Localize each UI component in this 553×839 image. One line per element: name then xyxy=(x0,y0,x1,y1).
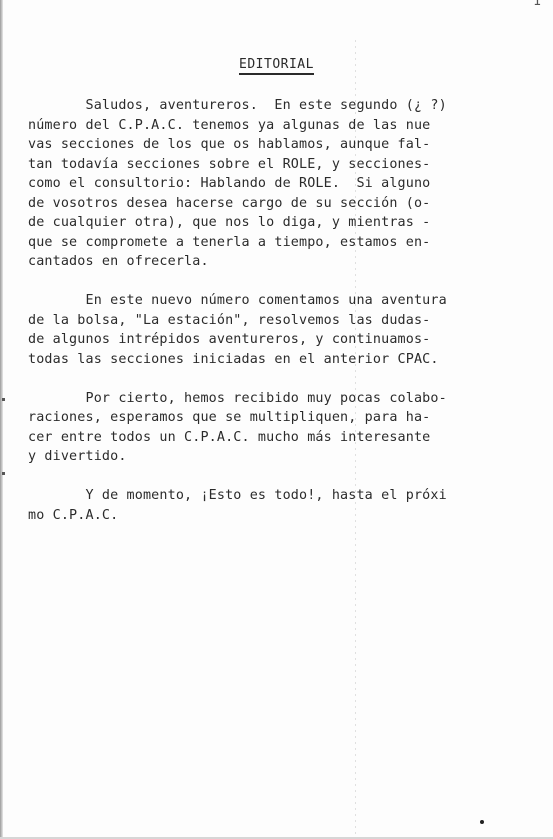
text-line: Y de momento, ¡Esto es todo!, hasta el p… xyxy=(28,486,528,506)
ink-spot xyxy=(480,820,484,824)
margin-mark xyxy=(2,472,5,475)
text-line: de la bolsa, "La estación", resolvemos l… xyxy=(28,311,528,331)
text-line: vas secciones de los que os hablamos, au… xyxy=(28,135,528,155)
text-line: Por cierto, hemos recibido muy pocas col… xyxy=(28,389,528,409)
text-line: como el consultorio: Hablando de ROLE. S… xyxy=(28,174,528,194)
text-line: raciones, esperamos que se multipliquen,… xyxy=(28,408,528,428)
page-left-edge xyxy=(0,0,3,839)
text-line: cer entre todos un C.P.A.C. mucho más in… xyxy=(28,428,528,448)
text-line: y divertido. xyxy=(28,447,528,467)
paragraph: Saludos, aventureros. En este segundo (¿… xyxy=(28,96,528,272)
paragraph: En este nuevo número comentamos una aven… xyxy=(28,291,528,369)
page-number: 1 xyxy=(533,0,541,9)
text-line: cantados en ofrecerla. xyxy=(28,252,528,272)
title-text: EDITORIAL xyxy=(239,57,314,75)
text-line: de vosotros desea hacerse cargo de su se… xyxy=(28,194,528,214)
page-title: EDITORIAL xyxy=(0,57,553,72)
text-line: de algunos intrépidos aventureros, y con… xyxy=(28,330,528,350)
editorial-body: Saludos, aventureros. En este segundo (¿… xyxy=(28,96,528,545)
text-line: En este nuevo número comentamos una aven… xyxy=(28,291,528,311)
text-line: todas las secciones iniciadas en el ante… xyxy=(28,350,528,370)
text-line: número del C.P.A.C. tenemos ya algunas d… xyxy=(28,116,528,136)
text-line: que se compromete a tenerla a tiempo, es… xyxy=(28,233,528,253)
paragraph: Por cierto, hemos recibido muy pocas col… xyxy=(28,389,528,467)
text-line: tan todavía secciones sobre el ROLE, y s… xyxy=(28,155,528,175)
text-line: mo C.P.A.C. xyxy=(28,506,528,526)
text-line: de cualquier otra), que nos lo diga, y m… xyxy=(28,213,528,233)
margin-mark xyxy=(2,398,5,401)
scanned-page: 1 EDITORIAL Saludos, aventureros. En est… xyxy=(0,0,553,839)
paragraph: Y de momento, ¡Esto es todo!, hasta el p… xyxy=(28,486,528,525)
text-line: Saludos, aventureros. En este segundo (¿… xyxy=(28,96,528,116)
